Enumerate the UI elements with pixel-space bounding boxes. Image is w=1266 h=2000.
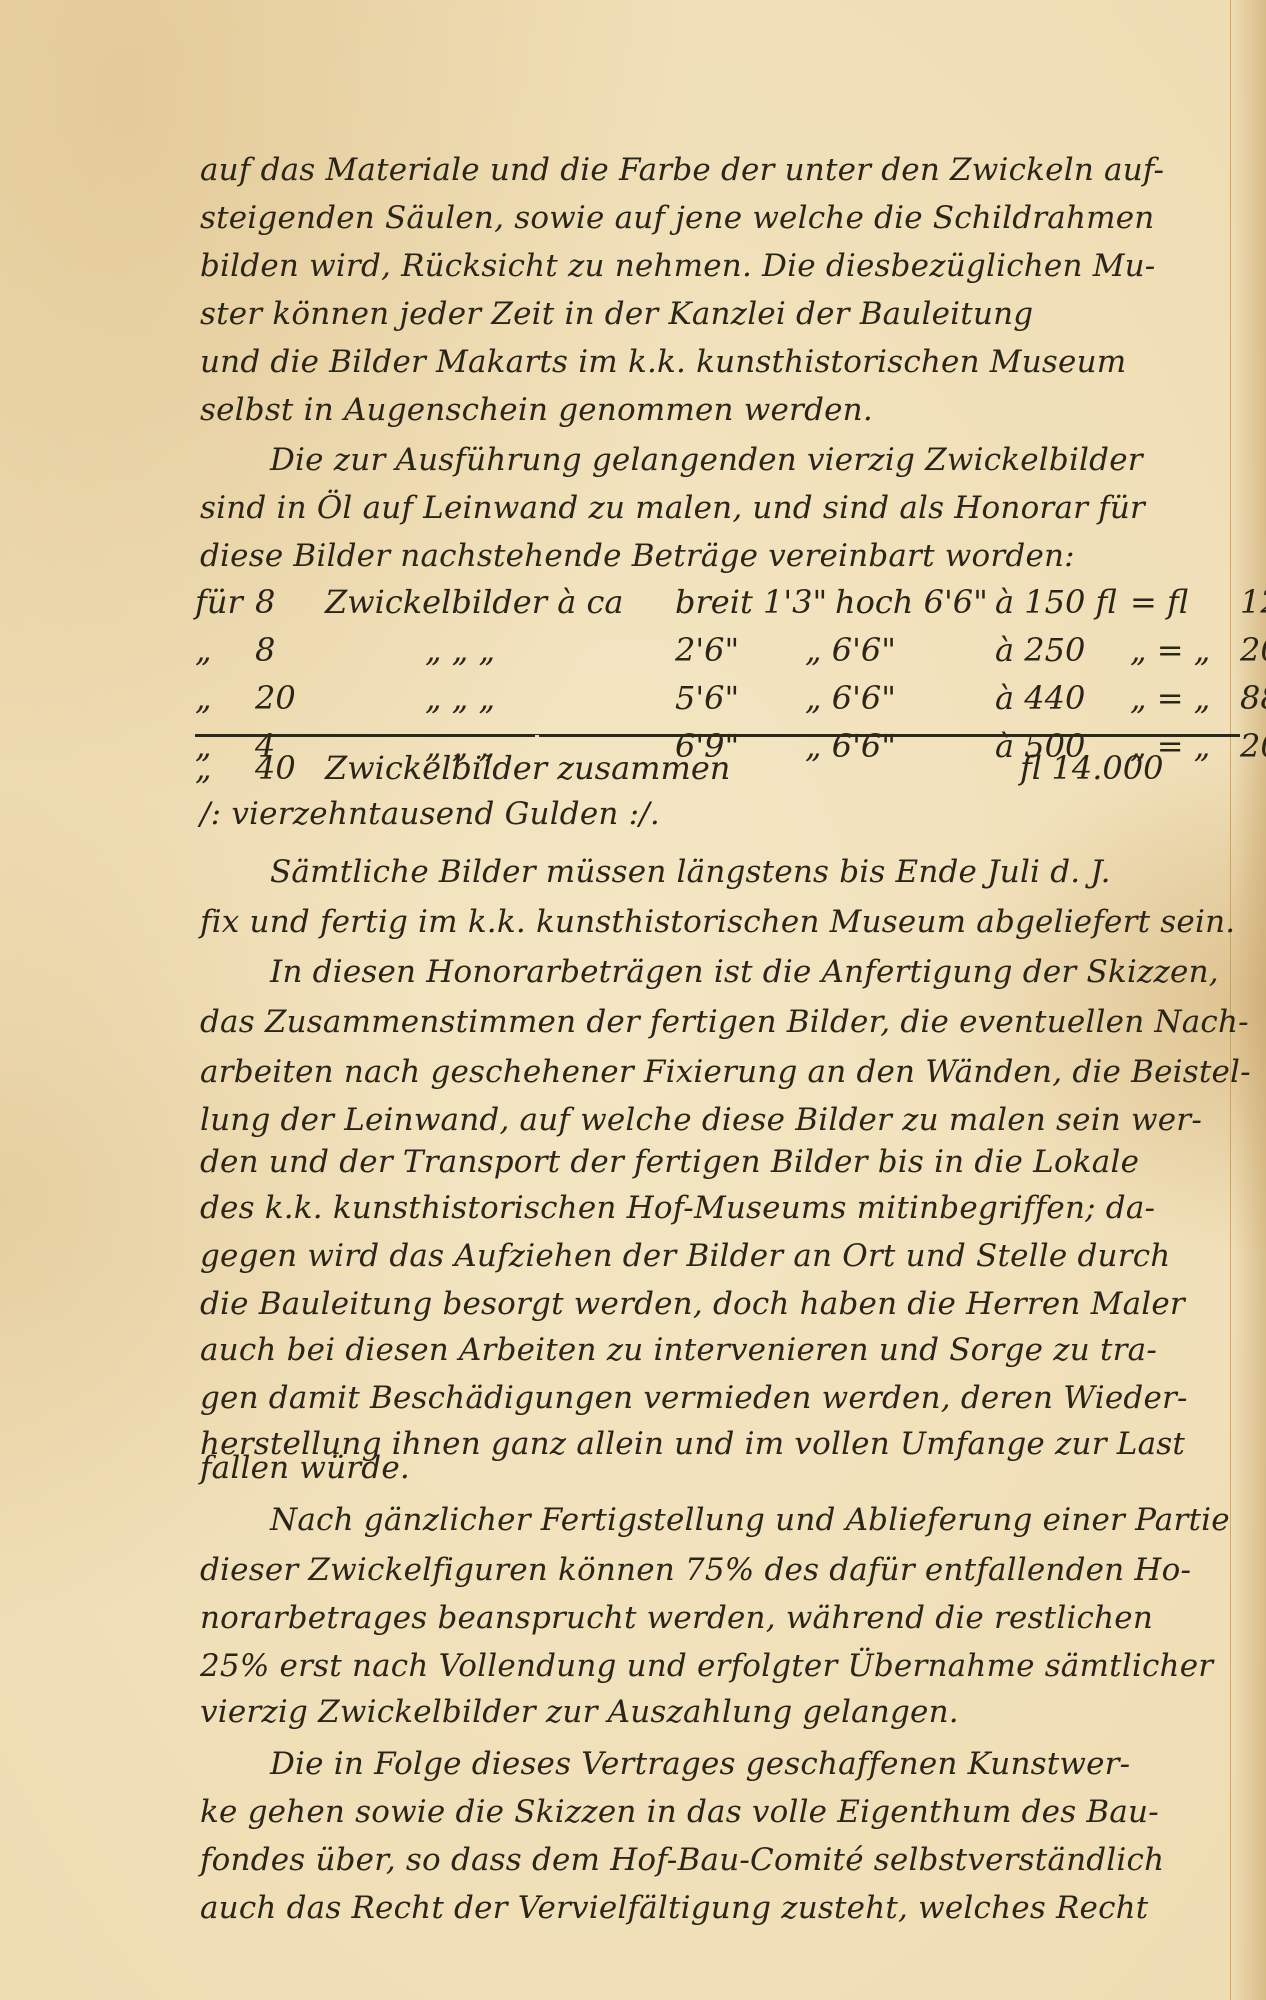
- text-line: arbeiten nach geschehener Fixierung an d…: [200, 1052, 1230, 1092]
- row-unit-price: à 250: [995, 628, 1085, 672]
- text-line: gen damit Beschädigungen vermieden werde…: [200, 1378, 1230, 1418]
- row-total: 8800: [1240, 676, 1266, 720]
- row-prefix: „: [195, 676, 212, 720]
- text-line: fix und fertig im k.k. kunsthistorischen…: [200, 902, 1230, 942]
- text-line: Sämtliche Bilder müssen längstens bis En…: [270, 852, 1266, 892]
- text-line: selbst in Augenschein genommen werden.: [200, 390, 1230, 430]
- row-width: breit 1'3": [675, 580, 827, 624]
- row-height: „ 6'6": [805, 628, 896, 672]
- text-line: des k.k. kunsthistorischen Hof-Museums m…: [200, 1188, 1230, 1228]
- text-line: norarbetrages beansprucht werden, währen…: [200, 1598, 1230, 1638]
- text-line: gegen wird das Aufziehen der Bilder an O…: [200, 1236, 1230, 1276]
- summary-label: Zwickelbilder zusammen: [325, 746, 730, 790]
- text-line: Die zur Ausführung gelangenden vierzig Z…: [270, 440, 1266, 480]
- row-equals: „ = „: [1130, 676, 1210, 720]
- text-line: auch das Recht der Vervielfältigung zust…: [200, 1888, 1230, 1928]
- text-line: auf das Materiale und die Farbe der unte…: [200, 150, 1230, 190]
- honorarium-row: für 8 Zwickelbilder à ca breit 1'3" hoch…: [195, 580, 1235, 624]
- row-count: 8: [255, 628, 315, 672]
- text-line: Nach gänzlicher Fertigstellung und Ablie…: [270, 1500, 1266, 1540]
- text-line: 25% erst nach Vollendung und erfolgter Ü…: [200, 1646, 1230, 1686]
- row-prefix: „: [195, 628, 212, 672]
- text-line: und die Bilder Makarts im k.k. kunsthist…: [200, 342, 1230, 382]
- underline-gap: [535, 735, 539, 739]
- row-count: 8: [255, 580, 315, 624]
- honorarium-summary-row: „ 40 Zwickelbilder zusammen fl 14.000: [195, 746, 1235, 790]
- row-label: Zwickelbilder à ca: [325, 580, 623, 624]
- row-total: 1200: [1240, 580, 1266, 624]
- summary-prefix: „: [195, 746, 212, 790]
- text-line: vierzig Zwickelbilder zur Auszahlung gel…: [200, 1692, 1230, 1732]
- row-total: 2000: [1240, 724, 1266, 768]
- honorarium-row: „ 20 „ „ „ 5'6" „ 6'6" à 440 „ = „ 8800: [195, 676, 1235, 720]
- row-width: 5'6": [675, 676, 739, 720]
- row-unit-price: à 150 fl: [995, 580, 1117, 624]
- row-count: 20: [255, 676, 315, 720]
- text-line: In diesen Honorarbeträgen ist die Anfert…: [270, 952, 1266, 992]
- summary-count: 40: [255, 746, 315, 790]
- row-unit-price: à 440: [995, 676, 1085, 720]
- text-line: die Bauleitung besorgt werden, doch habe…: [200, 1284, 1230, 1324]
- text-line: ke gehen sowie die Skizzen in das volle …: [200, 1792, 1230, 1832]
- text-line: dieser Zwickelfiguren können 75% des daf…: [200, 1550, 1230, 1590]
- text-line: sind in Öl auf Leinwand zu malen, und si…: [200, 488, 1230, 528]
- text-line: das Zusammenstimmen der fertigen Bilder,…: [200, 1002, 1230, 1042]
- row-equals: = fl: [1130, 580, 1188, 624]
- text-line: auch bei diesen Arbeiten zu interveniere…: [200, 1330, 1230, 1370]
- total-in-words: /: vierzehntausend Gulden :/.: [200, 794, 1230, 834]
- row-height: „ 6'6": [805, 676, 896, 720]
- row-height: hoch 6'6": [835, 580, 988, 624]
- text-line: den und der Transport der fertigen Bilde…: [200, 1142, 1230, 1182]
- text-line: fallen würde.: [200, 1448, 1230, 1488]
- row-label: „ „ „: [425, 676, 495, 720]
- text-line: lung der Leinwand, auf welche diese Bild…: [200, 1100, 1230, 1140]
- row-equals: „ = „: [1130, 628, 1210, 672]
- text-line: Die in Folge dieses Vertrages geschaffen…: [270, 1744, 1266, 1784]
- text-line: diese Bilder nachstehende Beträge verein…: [200, 536, 1230, 576]
- total-underline: [195, 734, 1240, 737]
- honorarium-row: „ 8 „ „ „ 2'6" „ 6'6" à 250 „ = „ 2000: [195, 628, 1235, 672]
- text-line: ster können jeder Zeit in der Kanzlei de…: [200, 294, 1230, 334]
- summary-total: fl 14.000: [1020, 746, 1220, 790]
- text-line: steigenden Säulen, sowie auf jene welche…: [200, 198, 1230, 238]
- row-width: 2'6": [675, 628, 739, 672]
- text-line: fondes über, so dass dem Hof-Bau-Comité …: [200, 1840, 1230, 1880]
- handwritten-document: auf das Materiale und die Farbe der unte…: [0, 0, 1266, 2000]
- row-prefix: für: [195, 580, 243, 624]
- row-total: 2000: [1240, 628, 1266, 672]
- row-label: „ „ „: [425, 628, 495, 672]
- text-line: bilden wird, Rücksicht zu nehmen. Die di…: [200, 246, 1230, 286]
